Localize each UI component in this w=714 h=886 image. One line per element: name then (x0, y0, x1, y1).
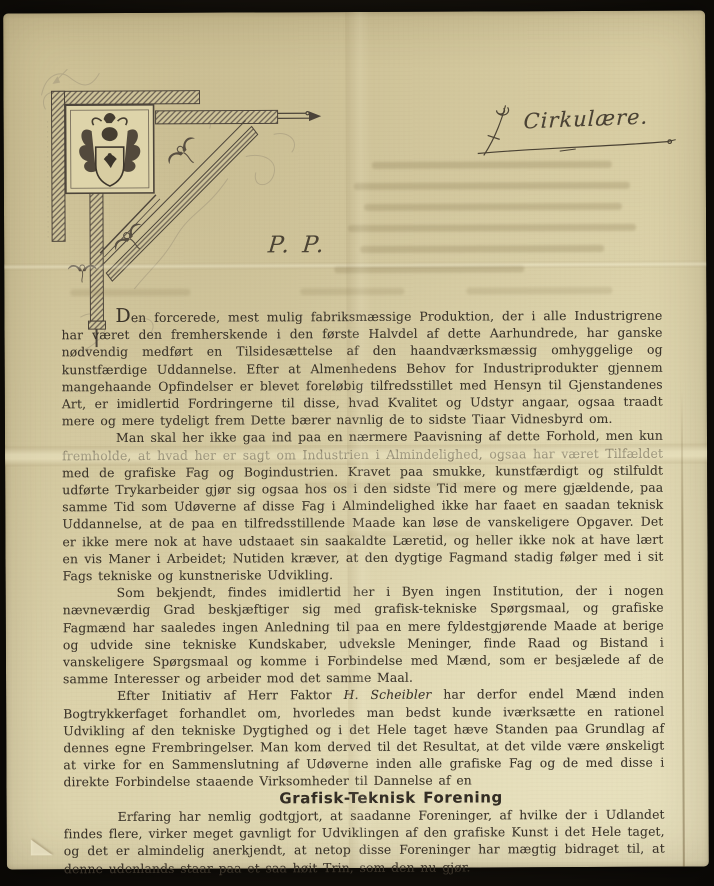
body-paragraph-1: Den forcerede, mest mulig fabriksmæssige… (61, 305, 663, 430)
script-heading-block: Cirkulære. (472, 99, 687, 162)
body-paragraph-2: Man skal her ikke gaa ind paa en nærmere… (62, 427, 664, 584)
body-paragraph-4: Efter Initiativ af Herr Faktor H. Scheib… (63, 685, 664, 791)
dogear-corner (31, 839, 53, 855)
letter-body: Den forcerede, mest mulig fabriksmæssige… (61, 305, 664, 877)
folded-sheet-edge (681, 391, 685, 867)
script-heading: Cirkulære. (523, 105, 648, 134)
salutation: P. P. (267, 232, 328, 258)
ghost-showthrough (354, 182, 630, 190)
ghost-showthrough (466, 287, 612, 295)
ghost-showthrough (364, 203, 622, 211)
arrow-finial-icon (278, 112, 320, 121)
document-paper: Cirkulære. P. P. Den forcerede, mest mul… (3, 10, 709, 869)
body-paragraph-3: Som bekjendt, findes imidlertid her i By… (63, 582, 664, 688)
photo-background: Cirkulære. P. P. Den forcerede, mest mul… (0, 0, 714, 886)
ghost-showthrough (372, 161, 612, 169)
ghost-showthrough (360, 245, 604, 253)
drop-cap: D (115, 305, 130, 327)
ghost-showthrough (348, 224, 636, 232)
ghost-showthrough (334, 265, 524, 273)
body-paragraph-5: Erfaring har nemlig godtgjort, at saadan… (64, 806, 665, 877)
person-name: H. Scheibler (344, 687, 432, 702)
